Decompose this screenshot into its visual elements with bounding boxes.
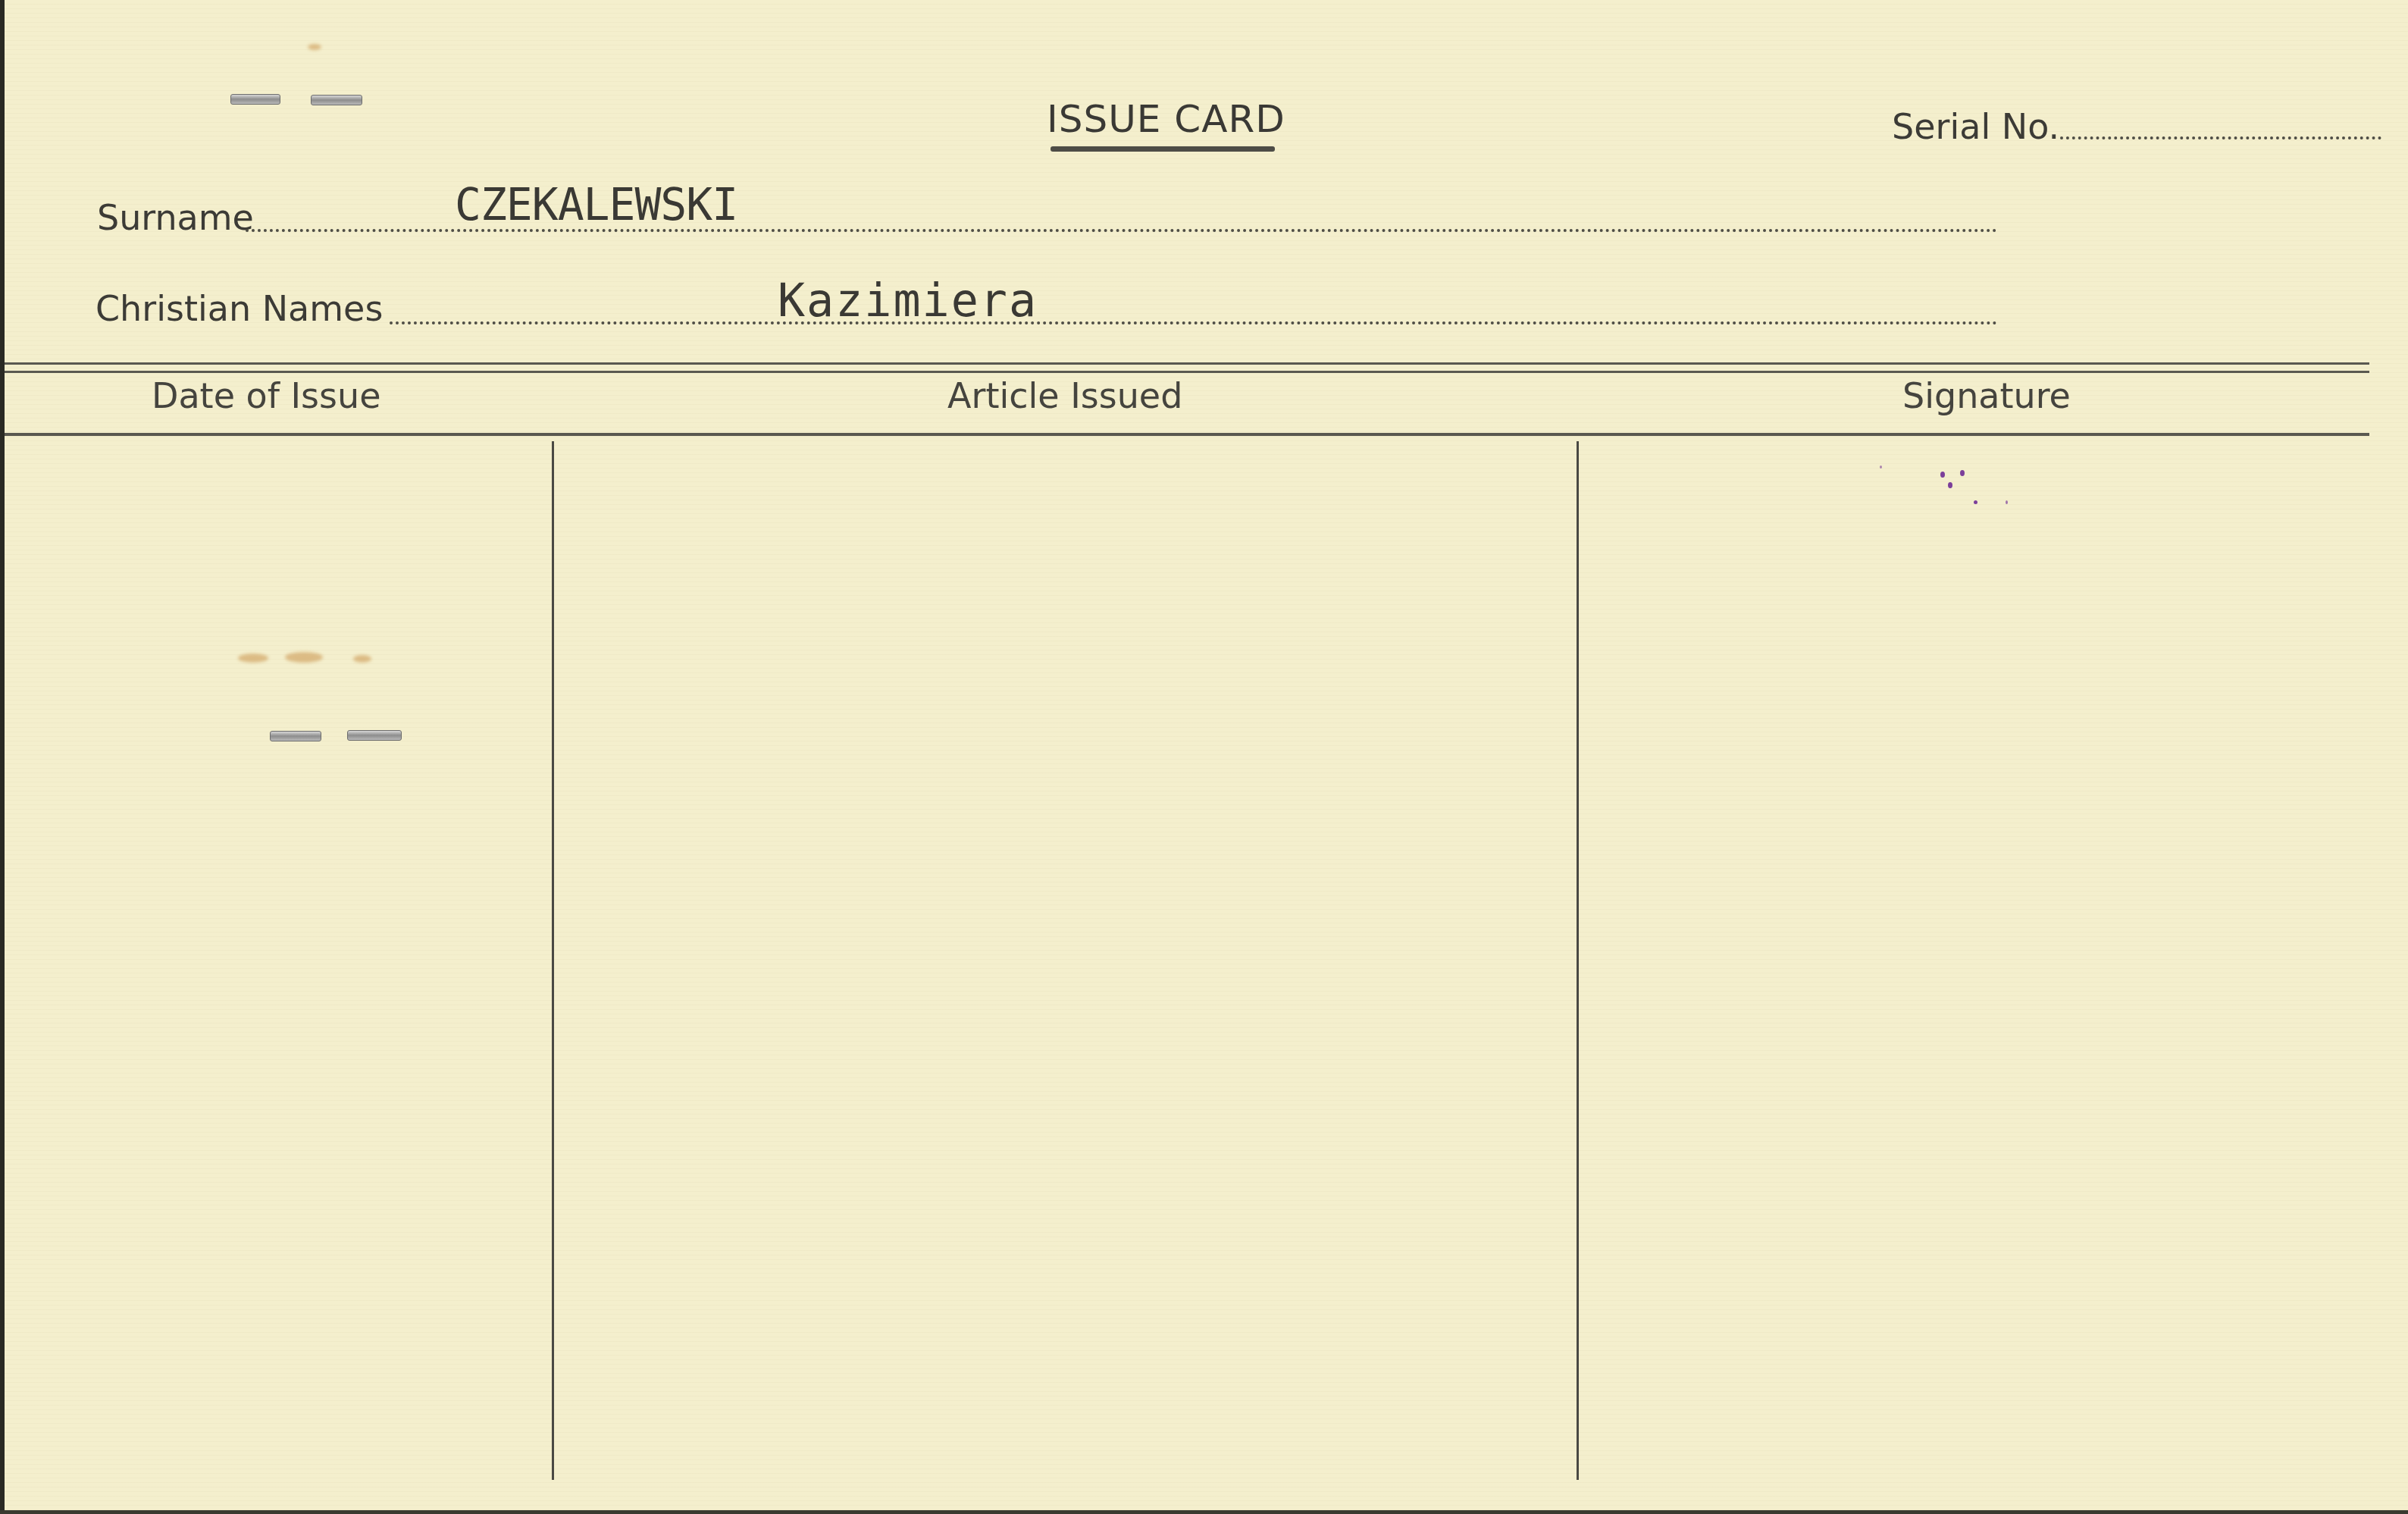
staple-top-left-b [311,95,362,105]
article-issued-column[interactable] [555,438,1575,1484]
title-underline [1051,146,1275,152]
ink-speck [1880,465,1882,469]
ink-speck [1948,482,1952,488]
christian-names-label: Christian Names [96,288,383,329]
surname-label: Surname [97,197,254,238]
card-title: ISSUE CARD [1047,97,1285,141]
ink-speck [2006,500,2008,504]
ink-speck [1960,470,1965,476]
header-rule-top-2 [5,371,2369,373]
christian-names-value: Kazimiera [778,274,1038,328]
column-divider-1 [552,441,554,1480]
rust-spot-top [308,44,321,50]
surname-value: CZEKALEWSKI [455,179,737,230]
issue-card: ISSUE CARD Serial No. Surname CZEKALEWSK… [5,0,2408,1510]
ink-speck [1940,472,1945,478]
serial-no-label: Serial No. [1892,106,2059,147]
ink-speck [1974,500,1977,504]
header-rule-top-1 [5,362,2369,365]
header-rule-bottom [5,433,2369,436]
date-of-issue-column[interactable] [5,438,550,1484]
column-header-date-of-issue: Date of Issue [152,375,380,416]
column-header-signature: Signature [1902,375,2071,416]
staple-top-left-a [230,94,280,105]
column-divider-2 [1577,441,1579,1480]
card-bottom-edge [0,1510,2408,1514]
serial-no-field[interactable] [2060,136,2381,139]
signature-column[interactable] [1580,438,2368,1484]
christian-names-field-line[interactable] [390,321,1998,324]
column-header-article-issued: Article Issued [947,375,1182,416]
